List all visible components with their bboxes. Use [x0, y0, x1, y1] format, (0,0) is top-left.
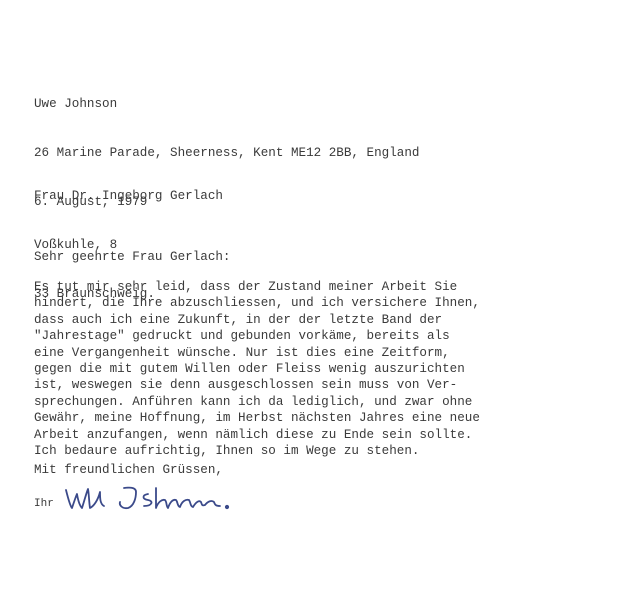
body-line: Ich bedaure aufrichtig, Ihnen so im Wege…: [34, 443, 480, 459]
closing: Mit freundlichen Grüssen,: [34, 462, 223, 478]
body-line: sprechungen. Anführen kann ich da ledigl…: [34, 394, 480, 410]
body-line: "Jahrestage" gedruckt und gebunden vorkä…: [34, 328, 480, 344]
body-line: dass auch ich eine Zukunft, in der der l…: [34, 312, 480, 328]
body-line: Gewähr, meine Hoffnung, im Herbst nächst…: [34, 410, 480, 426]
handwritten-signature: [62, 484, 232, 514]
recipient-name: Frau Dr. Ingeborg Gerlach: [34, 188, 223, 204]
body-line: Es tut mir sehr leid, dass der Zustand m…: [34, 279, 480, 295]
body-line: Arbeit anzufangen, wenn nämlich diese zu…: [34, 427, 480, 443]
body-line: gegen die mit gutem Willen oder Fleiss w…: [34, 361, 480, 377]
sign-prefix: Ihr: [34, 496, 54, 512]
body-line: ist, weswegen sie denn ausgeschlossen se…: [34, 377, 480, 393]
sender-name: Uwe Johnson: [34, 96, 419, 112]
salutation: Sehr geehrte Frau Gerlach:: [34, 249, 231, 265]
signature-row: Ihr: [34, 494, 232, 514]
body-line: hindert, die Ihre abzuschliessen, und ic…: [34, 295, 480, 311]
body-line: eine Vergangenheit wünsche. Nur ist dies…: [34, 345, 480, 361]
letter-body: Es tut mir sehr leid, dass der Zustand m…: [34, 279, 480, 459]
